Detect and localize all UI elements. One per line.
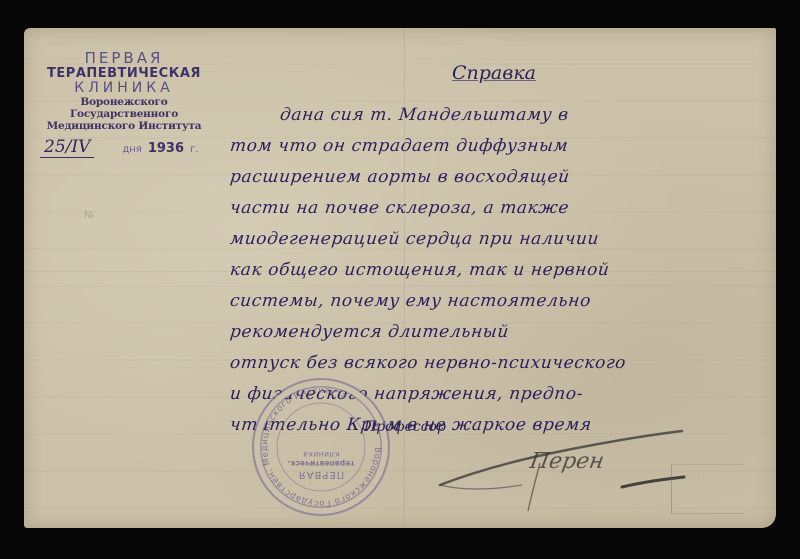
- body-line: расширением аорты в восходящей: [228, 162, 771, 193]
- signature: Перен: [432, 423, 692, 513]
- stamp-line-3: КЛИНИКА: [34, 81, 214, 97]
- body-line: отпуск без всякого нервно-психического: [228, 348, 771, 379]
- stamp-line-4: Воронежского Государственного: [34, 97, 214, 121]
- handwritten-date: 25/IV: [40, 138, 94, 158]
- pencil-box-mark: · ·: [686, 471, 704, 481]
- body-line: как общего истощения, так и нервной: [228, 255, 771, 286]
- pencil-archive-box: · ·: [671, 464, 744, 514]
- body-line: системы, почему ему настоятельно: [228, 286, 771, 317]
- body-line: части на почве склероза, а также: [228, 193, 771, 224]
- body-line: миодегенерацией сердца при наличии: [228, 224, 771, 255]
- stamp-line-2: ТЕРАПЕВТИЧЕСКАЯ: [34, 67, 214, 82]
- date-day-label: дня: [122, 144, 141, 155]
- body-line: дана сия т. Мандельштаму в: [228, 100, 771, 131]
- stamp-date-row: 25/IV дня 1936 г.: [34, 138, 214, 158]
- seal-ring-text-icon: Воронежского Государствен. Медицинского …: [254, 380, 388, 514]
- seal-inner-line-3: клиника: [282, 450, 360, 459]
- date-year: 1936: [148, 142, 184, 157]
- date-year-suffix: г.: [190, 144, 198, 155]
- faint-number-mark: №: [84, 210, 94, 221]
- body-line: том что он страдает диффузным: [228, 131, 771, 162]
- stamp-line-1: ПЕРВАЯ: [34, 50, 214, 67]
- svg-text:Воронежского Государствен. Мед: Воронежского Государствен. Медицинского …: [260, 386, 382, 508]
- round-clinic-seal: Воронежского Государствен. Медицинского …: [252, 378, 390, 516]
- body-line: рекомендуется длительный: [228, 317, 771, 348]
- stamp-line-5: Медицинского Института: [34, 121, 214, 133]
- signature-text: Перен: [528, 449, 606, 474]
- seal-inner-line-2: терапевтическ.: [282, 459, 360, 468]
- document-sheet: ПЕРВАЯ ТЕРАПЕВТИЧЕСКАЯ КЛИНИКА Воронежск…: [24, 28, 776, 528]
- document-title: Справка: [452, 62, 536, 84]
- seal-outer-text: Воронежского Государствен. Медицинского …: [260, 386, 382, 508]
- seal-inner-line-1: ПЕРВАЯ: [282, 468, 360, 480]
- seal-inner-text: ПЕРВАЯ терапевтическ. клиника: [282, 450, 360, 480]
- clinic-header-stamp: ПЕРВАЯ ТЕРАПЕВТИЧЕСКАЯ КЛИНИКА Воронежск…: [34, 50, 214, 158]
